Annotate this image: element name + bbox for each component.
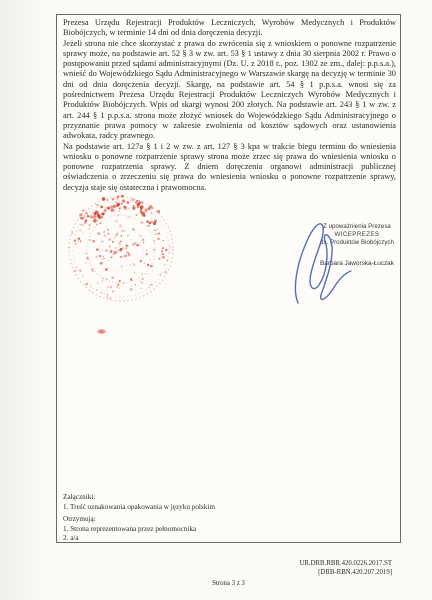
page-number: Strona 3 z 3 (56, 580, 401, 587)
recipient-item: 1. Strona reprezentowana przez pełnomocn… (63, 525, 196, 535)
attachments-heading: Załączniki: (63, 493, 215, 503)
round-official-stamp-icon (63, 195, 181, 307)
red-ink-smudge (97, 329, 106, 334)
handwritten-signature-icon (291, 211, 377, 311)
attachment-item: 1. Treść oznakowania opakowania w języku… (63, 503, 215, 513)
reference-number-primary: UR.DRB.RBR.420.0226.2017.ST (299, 560, 392, 569)
recipients-heading: Otrzymują: (63, 515, 196, 525)
recipient-item: 2. a/a (63, 534, 196, 544)
case-reference-numbers: UR.DRB.RBR.420.0226.2017.ST [DRB-RBN.420… (299, 560, 392, 577)
signature-block: Z upoważnienia Prezesa WICEPREZES ds. Pr… (309, 223, 405, 268)
body-paragraph: Prezesa Urzędu Rejestracji Produktów Lec… (63, 18, 396, 39)
reference-number-secondary: [DRB-RBN.420.207.2019] (299, 569, 392, 578)
body-paragraph: Na podstawie art. 127a § 1 i 2 w zw. z a… (63, 142, 396, 193)
document-border-frame: Prezesa Urzędu Rejestracji Produktów Lec… (56, 14, 401, 543)
recipients-section: Otrzymują: 1. Strona reprezentowana prze… (63, 515, 196, 544)
body-paragraph: Jeżeli strona nie chce skorzystać z praw… (63, 39, 396, 142)
attachments-section: Załączniki: 1. Treść oznakowania opakowa… (63, 493, 215, 512)
decision-body-text: Prezesa Urzędu Rejestracji Produktów Lec… (63, 18, 396, 193)
scanned-document-page: Prezesa Urzędu Rejestracji Produktów Lec… (0, 0, 432, 600)
